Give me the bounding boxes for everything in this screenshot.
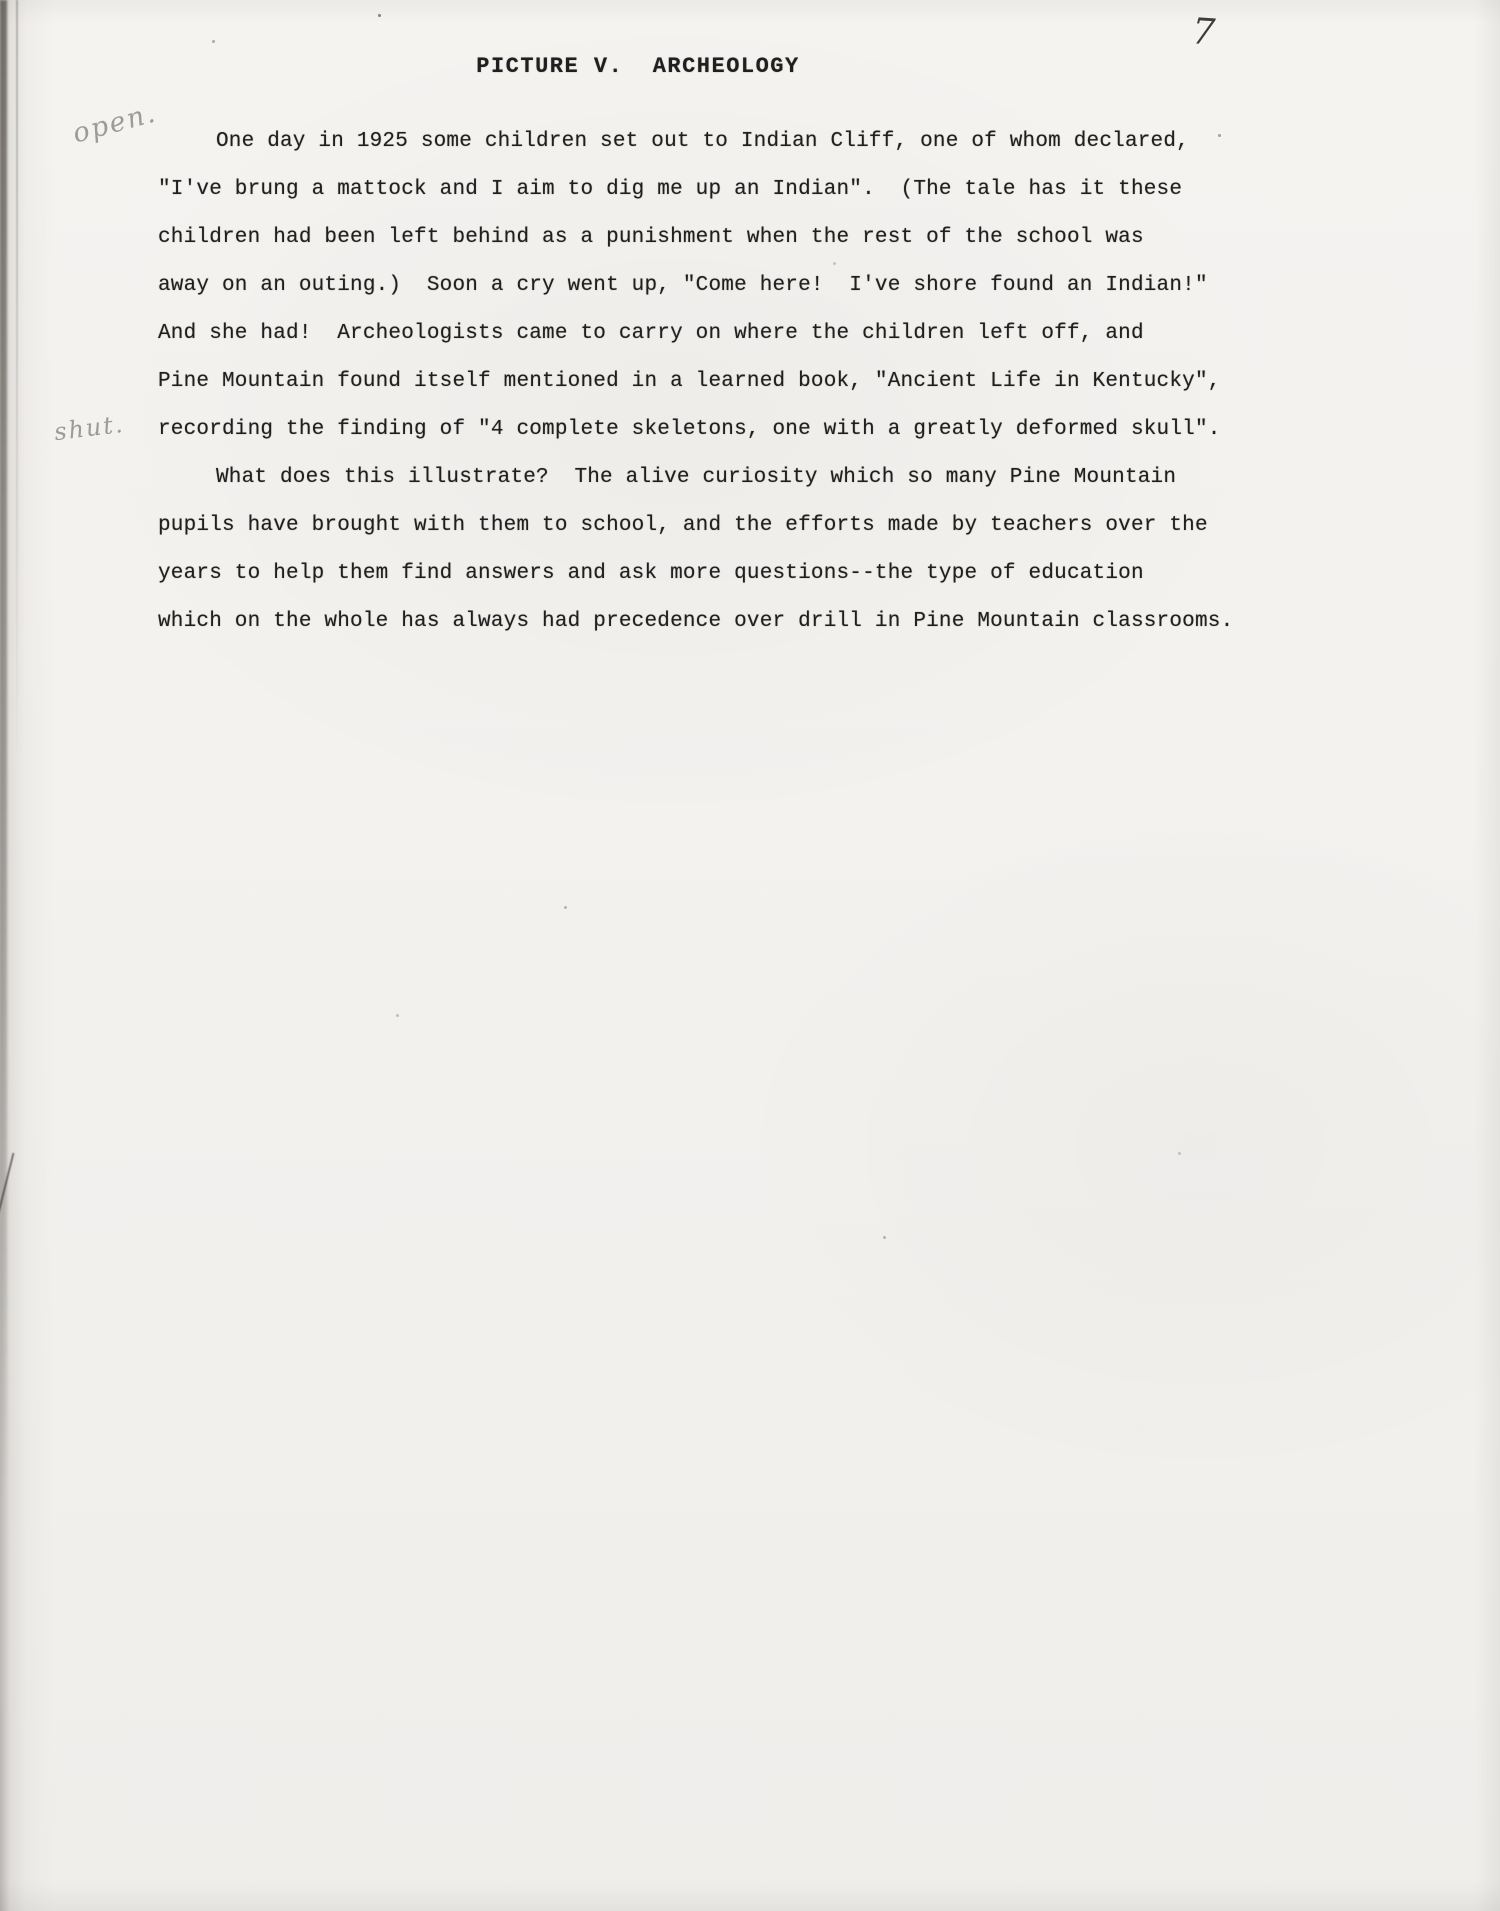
typed-line: children had been left behind as a punis…: [158, 214, 1278, 262]
typed-line: Pine Mountain found itself mentioned in …: [158, 358, 1278, 406]
typed-line: away on an outing.) Soon a cry went up, …: [158, 262, 1278, 310]
typed-line: And she had! Archeologists came to carry…: [158, 310, 1278, 358]
scanned-document-page: 7 PICTURE V. ARCHEOLOGY open. shut. One …: [0, 0, 1500, 1911]
scan-edge-shadow: [0, 0, 7, 1500]
typed-line: years to help them find answers and ask …: [158, 550, 1278, 598]
typed-line: One day in 1925 some children set out to…: [158, 118, 1278, 166]
page-number: 7: [1191, 11, 1217, 53]
gutter-shadow-line: [16, 0, 18, 760]
typed-line: What does this illustrate? The alive cur…: [158, 454, 1278, 502]
typed-line: "I've brung a mattock and I aim to dig m…: [158, 166, 1278, 214]
handwritten-note-shut: shut.: [53, 410, 126, 446]
typed-line: which on the whole has always had preced…: [158, 598, 1278, 646]
document-title: PICTURE V. ARCHEOLOGY: [158, 54, 1118, 79]
typed-line: recording the finding of "4 complete ske…: [158, 406, 1278, 454]
typed-line: pupils have brought with them to school,…: [158, 502, 1278, 550]
scan-speckles: [378, 14, 381, 17]
typed-text-body: One day in 1925 some children set out to…: [158, 118, 1278, 646]
handwritten-note-open: open.: [69, 97, 160, 149]
